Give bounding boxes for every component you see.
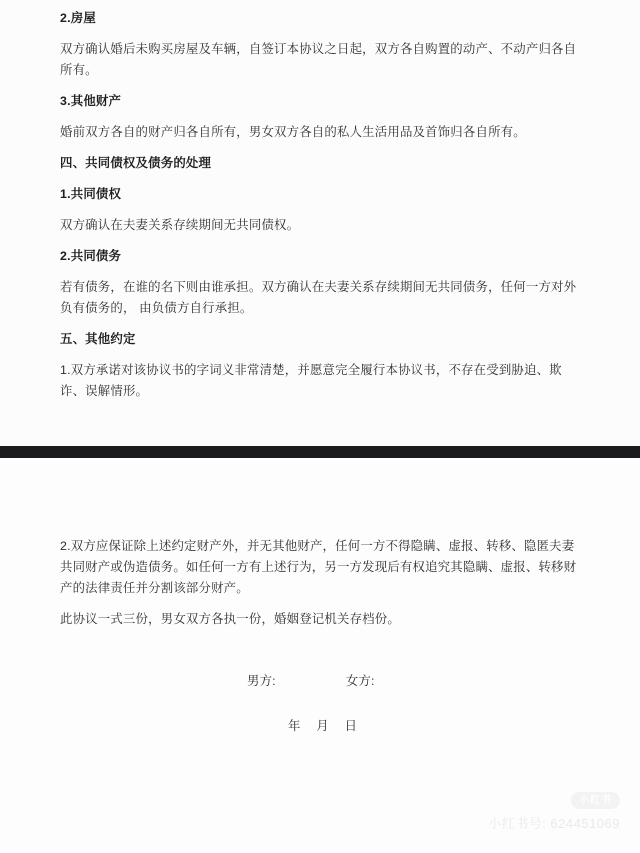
page-separator-bar — [0, 446, 640, 458]
date-day-label: 日 — [345, 716, 358, 737]
xiaohongshu-badge-icon: 小红书 — [571, 792, 620, 809]
page-1: 2.房屋 双方确认婚后未购买房屋及车辆，自签订本协议之日起，双方各自购置的动产、… — [0, 0, 640, 446]
para-other-property: 婚前双方各自的财产归各自所有，男女双方各自的私人生活用品及首饰归各自所有。 — [60, 122, 578, 143]
para-housing: 双方确认婚后未购买房屋及车辆，自签订本协议之日起，双方各自购置的动产、不动产归各… — [60, 39, 578, 81]
heading-section-5-other: 五、其他约定 — [60, 329, 578, 350]
para-joint-credit: 双方确认在夫妻关系存续期间无共同债权。 — [60, 215, 578, 236]
para-joint-debt: 若有债务，在谁的名下则由谁承担。双方确认在夫妻关系存续期间无共同债务，任何一方对… — [60, 277, 578, 319]
document-screenshot: 2.房屋 双方确认婚后未购买房屋及车辆，自签订本协议之日起，双方各自购置的动产、… — [0, 0, 640, 853]
heading-2-housing: 2.房屋 — [60, 8, 578, 29]
date-year-label: 年 — [288, 716, 301, 737]
date-row: 年 月 日 — [60, 716, 578, 737]
heading-section-4-debts: 四、共同债权及债务的处理 — [60, 153, 578, 174]
watermark-account-id: 小红书号: 624451069 — [488, 813, 620, 832]
heading-2-joint-debt: 2.共同债务 — [60, 246, 578, 267]
signature-row: 男方:女方: — [60, 671, 578, 692]
heading-1-joint-credit: 1.共同债权 — [60, 184, 578, 205]
para-no-hidden-property: 2.双方应保证除上述约定财产外，并无其他财产，任何一方不得隐瞒、虚报、转移、隐匿… — [60, 536, 578, 599]
para-commitment: 1.双方承诺对该协议书的字词义非常清楚，并愿意完全履行本协议书，不存在受到胁迫、… — [60, 360, 578, 402]
page-2: 2.双方应保证除上述约定财产外，并无其他财产，任何一方不得隐瞒、虚报、转移、隐匿… — [0, 458, 640, 853]
heading-3-other-property: 3.其他财产 — [60, 91, 578, 112]
date-month-label: 月 — [316, 716, 329, 737]
signature-male-label: 男方: — [247, 674, 276, 688]
para-copies: 此协议一式三份，男女双方各执一份，婚姻登记机关存档份。 — [60, 609, 578, 630]
signature-female-label: 女方: — [346, 674, 375, 688]
